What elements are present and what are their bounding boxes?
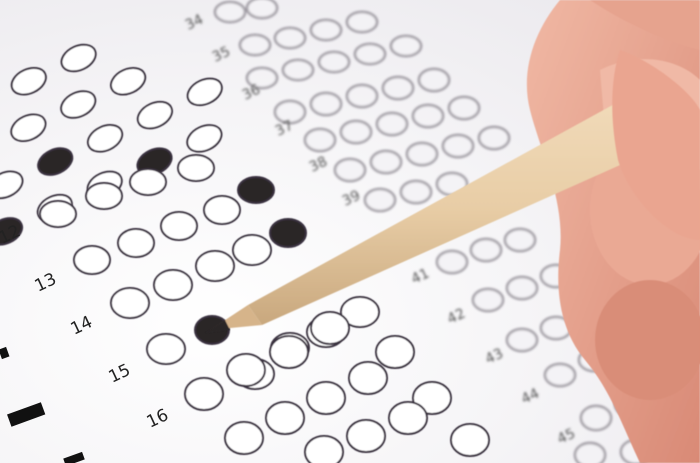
svg-text:34: 34 [183, 12, 206, 34]
svg-text:45: 45 [555, 426, 578, 448]
question-number-13: 13 [32, 269, 60, 296]
svg-text:44: 44 [519, 386, 542, 408]
question-number-15: 15 [106, 360, 134, 387]
svg-text:43: 43 [483, 346, 506, 368]
svg-text:39: 39 [340, 188, 363, 210]
question-number-16: 16 [144, 405, 172, 432]
svg-text:42: 42 [445, 306, 468, 328]
svg-text:38: 38 [307, 154, 330, 176]
svg-text:41: 41 [409, 266, 432, 288]
answer-sheet-photo: 12 13 14 15 16 [0, 0, 700, 463]
svg-text:35: 35 [210, 44, 233, 66]
timing-marks [0, 347, 85, 463]
answer-sheet-illustration: 12 13 14 15 16 [0, 0, 700, 463]
question-number-14: 14 [68, 312, 96, 339]
